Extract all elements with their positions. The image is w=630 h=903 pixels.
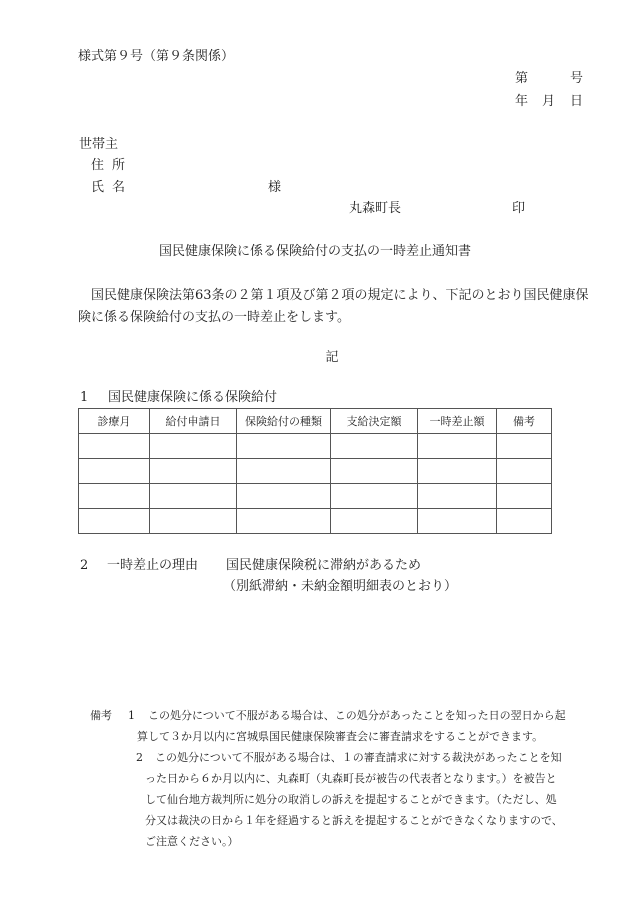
benefits-table: 診療月 給付申請日 保険給付の種類 支給決定額 一時差止額 備考 xyxy=(78,408,552,534)
table-row xyxy=(79,459,552,484)
table-cell xyxy=(79,509,150,534)
table-row xyxy=(79,434,552,459)
header-treatment-month: 診療月 xyxy=(79,409,150,434)
table-cell xyxy=(237,459,331,484)
section2-reason-text: 国民健康保険税に滞納があるため xyxy=(226,558,421,573)
table-cell xyxy=(79,484,150,509)
note-2-number: 2 xyxy=(136,752,143,763)
table-row xyxy=(79,484,552,509)
issuer-name: 丸森町長 xyxy=(349,202,401,215)
table-cell xyxy=(331,509,418,534)
table-cell xyxy=(150,484,237,509)
name-label: 氏名 xyxy=(91,181,133,194)
table-cell xyxy=(497,484,552,509)
header-application-date: 給付申請日 xyxy=(150,409,237,434)
date-day: 日 xyxy=(570,95,583,108)
table-row xyxy=(79,509,552,534)
date-year: 年 xyxy=(515,95,528,108)
table-cell xyxy=(237,509,331,534)
table-cell xyxy=(237,434,331,459)
note-1-line: 算して３か月以内に宮城県国民健康保険審査会に審査請求をすることができます。 xyxy=(137,731,543,742)
note-2-line: ご注意ください。） xyxy=(145,836,239,847)
form-number: 様式第９号（第９条関係） xyxy=(78,50,234,63)
seal-mark: 印 xyxy=(512,202,525,215)
section2-number: 2 xyxy=(80,559,107,572)
date-month: 月 xyxy=(542,95,555,108)
section2-reason-note: （別紙滞納・未納金額明細表のとおり） xyxy=(223,580,457,593)
note-1-number: 1 xyxy=(128,710,135,721)
section1-number: 1 xyxy=(80,391,108,404)
table-cell xyxy=(331,434,418,459)
table-cell xyxy=(150,509,237,534)
notes-label: 備考 xyxy=(90,710,112,721)
table-cell xyxy=(497,509,552,534)
note-1-line: この処分について不服がある場合は、この処分があったことを知った日の翌日から起 xyxy=(148,710,566,721)
header-benefit-type: 保険給付の種類 xyxy=(237,409,331,434)
section1-label: 国民健康保険に係る保険給付 xyxy=(108,390,277,405)
table-cell xyxy=(237,484,331,509)
header-decided-amount: 支給決定額 xyxy=(331,409,418,434)
header-remarks: 備考 xyxy=(497,409,552,434)
note-2-line: この処分について不服がある場合は、１の審査請求に対する裁決があったことを知 xyxy=(155,752,562,763)
document-number-prefix: 第 xyxy=(515,72,528,85)
note-2-line: 分又は裁決の日から１年を経過すると訴えを提起することができなくなりますので、 xyxy=(145,815,563,826)
table-cell xyxy=(79,434,150,459)
section2-label: 一時差止の理由 xyxy=(107,559,226,572)
section2-reason: 2一時差止の理由国民健康保険税に滞納があるため xyxy=(80,559,421,572)
section1-title: 1国民健康保険に係る保険給付 xyxy=(80,391,277,404)
table-cell xyxy=(418,459,497,484)
ki-heading: 記 xyxy=(0,351,630,364)
note-2-line: して仙台地方裁判所に処分の取消しの訴えを提起することができます。（ただし、処 xyxy=(145,794,557,805)
table-cell xyxy=(418,484,497,509)
table-cell xyxy=(497,459,552,484)
address-label: 住所 xyxy=(91,159,133,172)
table-header-row: 診療月 給付申請日 保険給付の種類 支給決定額 一時差止額 備考 xyxy=(79,409,552,434)
table-cell xyxy=(150,434,237,459)
document-number-suffix: 号 xyxy=(570,72,583,85)
honorific: 様 xyxy=(268,181,281,194)
table-cell xyxy=(418,509,497,534)
header-suspended-amount: 一時差止額 xyxy=(418,409,497,434)
table-cell xyxy=(497,434,552,459)
table-cell xyxy=(331,484,418,509)
table-cell xyxy=(331,459,418,484)
table-cell xyxy=(79,459,150,484)
note-2-line: った日から６か月以内に、丸森町（丸森町長が被告の代表者となります。）を被告と xyxy=(145,773,557,784)
document-title: 国民健康保険に係る保険給付の支払の一時差止通知書 xyxy=(0,245,630,258)
householder-label: 世帯主 xyxy=(79,138,118,151)
table-cell xyxy=(150,459,237,484)
table-cell xyxy=(418,434,497,459)
body-text: 国民健康保険法第63条の２第１項及び第２項の規定により、下記のとおり国民健康保険… xyxy=(78,285,598,329)
